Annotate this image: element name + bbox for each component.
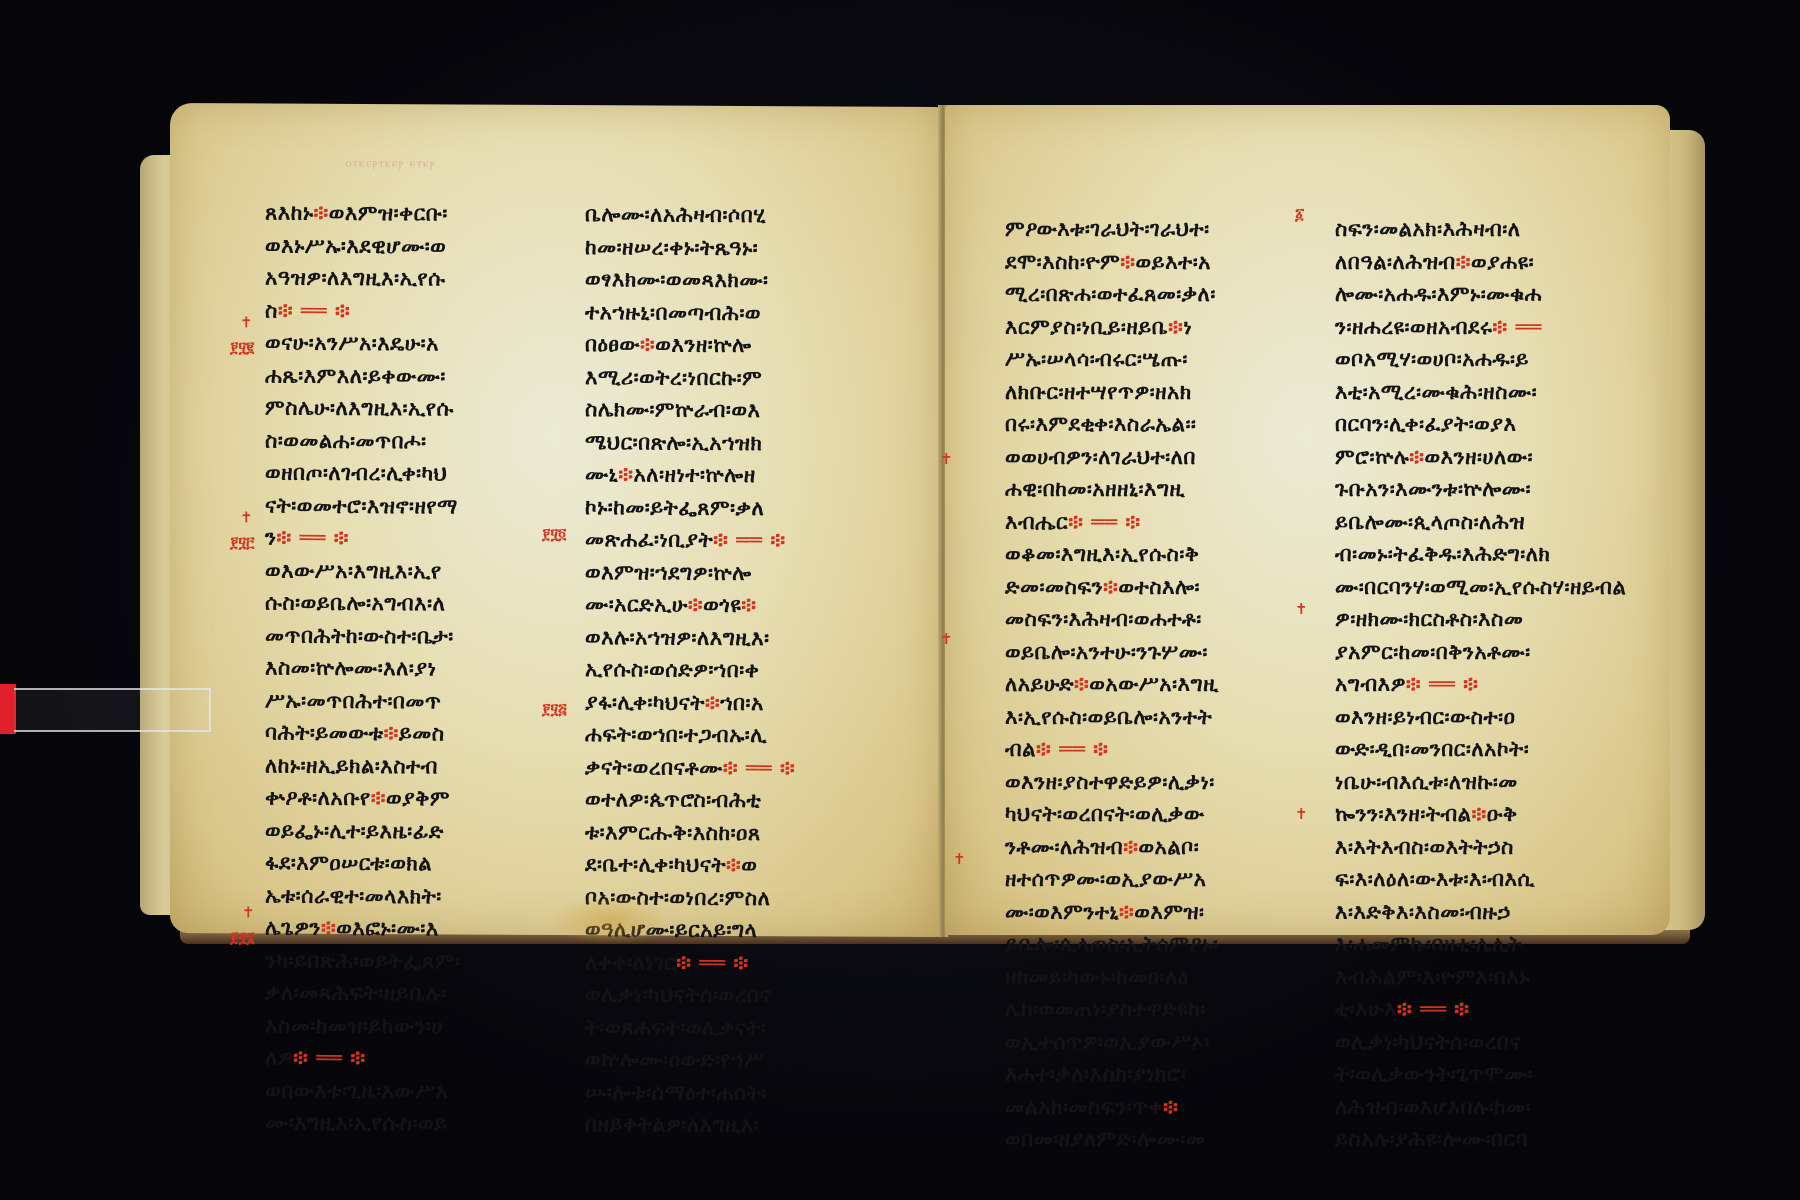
text-line: በዕፀው፨ወእንዘ፡ኵሎ [585,328,795,362]
text-line: ጉቡአን፡እሙንቱ፡ኵሎሙ፡ [1335,473,1626,506]
text-line: ስፍን፡መልአክ፡እሕዛብ፡ለ [1335,213,1626,246]
left-page-column-1: ጸእከኑ፨ወእምዝ፡ቀርቡ፡ወእኑሥኡ፡እደዊሆሙ፡ወአዓዝዎ፡ለእግዚእ፡ኢየ… [265,196,460,1140]
text-line: ተአኀዙኒ፡በመጣብሕ፡ወ [585,296,795,330]
text-line: ይቤሎ፡ጲላጦስ፡ኢትሰምዖኑ፡ [1005,928,1219,961]
text-line: ካህናት፡ወረበናት፡ወሊቃው [1005,798,1219,831]
section-number: ፻፶፫ [230,533,254,551]
text-line: ወእንዘ፡ይነብር፡ውስተ፡ዐ [1335,701,1626,734]
text-line: ዎ፡ዘክሙ፡ክርስቶስ፡እስመ [1335,603,1626,636]
text-line: ን፨ ══ ፨ [265,521,460,555]
text-line: እ፡ሐመምኩ፡በዘቲ፡ሌሊት [1335,928,1626,961]
text-line: ወኢተሰጥዎ፡ወኢያውሥኦ፡ [1005,1026,1219,1059]
text-line: ለአይሁድ፨ወአውሥአ፡እግዚ [1005,668,1219,701]
text-line: እስመ፡ከመዝ፡ይከውን፡ሀ [265,1009,460,1043]
text-line: መጥበሕትከ፡ውስተ፡ቤታ፡ [265,619,460,653]
text-line: ወሊቃነ፡ካህናትሰ፡ወረበና [1335,1026,1626,1059]
left-page-column-2: ቤሎሙ፡ለአሕዛብ፡ሶበሂከመ፡ዘሠረ፡ቀኑ፡ትጼዓኑ፡ወፃእክሙ፡ወመጻእክሙ… [585,198,795,1142]
text-line: ወተለዎ፡ጴጥሮስ፡ብሕቲ [585,783,795,817]
cross-mark-icon: ✝ [240,313,253,331]
text-line: ቤሎሙ፡ለአሕዛብ፡ሶበሂ [585,198,795,232]
text-line: አዓዝዎ፡ለእግዚእ፡ኢየሱ [265,261,460,295]
text-line: ብ፡መኑ፡ትፈቅዱ፡እሕድግ፡ለክ [1335,538,1626,571]
text-line: ወበውእቱ፡ጊዜ፡እውሥአ [265,1074,460,1108]
text-line: ምዖውእቱ፡ገራህት፡ገራህተ፡ [1005,213,1219,246]
text-line: በርባን፡ሊቀ፡ፈያት፡ወያእ [1335,408,1626,441]
text-line: ወእውሥአ፡እግዚእ፡ኢየ [265,554,460,588]
text-line: ስ፨ ══ ፨ [265,294,460,328]
text-line: ንካ፡ይበጽሕ፡ወይትፌጸም፡ [265,944,460,978]
text-line: እ፡ኢየሱስ፡ወይቤሎ፡አንተት [1005,701,1219,734]
text-line: እቲ፡አሚረ፡ሙቁሕ፡ዘስሙ፡ [1335,376,1626,409]
cross-mark-icon: ✝ [240,508,253,526]
text-line: ስሌክሙ፡ምኵራብ፡ወእ [585,393,795,427]
text-line: ወሊቃነ፡ካህናትሰ፡ወረበና [585,978,795,1012]
text-line: ዘከመይ፡ካውኑ፡ከመዐ፡ለዕ [1005,961,1219,994]
cross-mark-icon: ✝ [940,630,953,648]
text-line: ቲ፡እሁእ፨ ══ ፨ [1335,993,1626,1026]
text-line: ሐጼ፡እምእለ፡ይቀውሙ፡ [265,359,460,393]
text-line: ጸእከኑ፨ወእምዝ፡ቀርቡ፡ [265,196,460,230]
section-number: ፻፶፪ [230,338,254,356]
text-line: ወኵሎሙ፡ዐውድ፡የኀሥ [585,1043,795,1077]
cross-mark-icon: ✝ [1295,600,1308,618]
text-line: መጽሐፈ፡ነቢያት፨ ══ ፨ [585,523,795,557]
text-line: ወእኑሥኡ፡እደዊሆሙ፡ወ [265,229,460,263]
text-line: እሚሪ፡ወትረ፡ነበርኩ፡ም [585,361,795,395]
text-line: ቃናት፡ወረበናቶሙ፨ ══ ፨ [585,751,795,785]
text-line: ት፡ወሊቃውንት፡ጌጥሞሙ፡ [1335,1058,1626,1091]
text-line: ወይፌኑ፡ሊተ፡ይእዜ፡ፊድ [265,814,460,848]
text-line: እሐተ፡ቃለ፡እስከ፡ያነክሮ፡ [1005,1058,1219,1091]
text-line: እርምያስ፡ነቢይ፡ዘይቤ፨ነ [1005,311,1219,344]
text-line: ወእምዝ፡ኀደግዎ፡ኵሎ [585,556,795,590]
text-line: ሙ፡ወእምንተኒ፨ወእምዝ፡ [1005,896,1219,929]
section-number: ፻፶፬ [542,525,566,543]
text-line: ት፡ወጸሐፍት፡ወሊቃናት፡ [585,1011,795,1045]
open-manuscript: ⲟⲧⲕⲉⲣⲧⲕⲉⲣ ⲉⲧⲕⲣ ጸእከኑ፨ወእምዝ፡ቀርቡ፡ወእኑሥኡ፡እደዊሆሙ… [140,95,1700,995]
text-line: እስመ፡ኵሎሙ፡እለ፡ያነ [265,651,460,685]
text-line: ምሮ፡ኵሉ፨ወእንዘ፡ሀለው፡ [1335,441,1626,474]
text-line: ድመ፡መስፍን፨ወተስእሎ፡ [1005,571,1219,604]
text-line: ሙ፡አርድኢሁ፨ወጎዩ፨ [585,588,795,622]
text-line: ስ፡ወመልሐ፡መጥበሖ፡ [265,424,460,458]
text-line: ያአምር፡ከመ፡በቅንአቶሙ፡ [1335,636,1626,669]
text-line: ወይቤሎ፡አንተሁ፡ንጉሦሙ፡ [1005,636,1219,669]
running-head: ⲟⲧⲕⲉⲣⲧⲕⲉⲣ ⲉⲧⲕⲣ [345,156,436,171]
text-line: መስፍን፡እሕዛብ፡ወሐተቶ፡ [1005,603,1219,636]
text-line: ኢየሱስ፡ወሰድዎ፡ኀበ፡ቀ [585,653,795,687]
text-line: ቱ፡እምርሑቅ፡እስከ፡ዐጸ [585,816,795,850]
water-stain [550,895,670,946]
cross-mark-icon: ✝ [242,903,255,921]
text-line: ሌጌዎን፨ወእፎኑ፡ሙ፡እ [265,911,460,945]
right-page-column-2: ስፍን፡መልአክ፡እሕዛብ፡ለለበዓል፡ለሕዝብ፨ወያሐዩ፡ሎሙ፡አሐዱ፡እምኑ… [1335,213,1626,1156]
right-page: ምዖውእቱ፡ገራህት፡ገራህተ፡ደሞ፡እስከ፡ዮም፨ወይእተ፡አሚረ፡በጽሐ፡ወ… [945,105,1670,935]
text-line: ወናሁ፡አንሥአ፡እዴሁ፡አ [265,326,460,360]
text-line: ወዘበጦ፡ለገብረ፡ሊቀ፡ካህ [265,456,460,490]
text-line: ሌከ፡ወመጠነ፡ያስተዋድዩከ፡ [1005,993,1219,1026]
text-line: ደ፡ቤተ፡ሊቀ፡ካህናት፨ወ [585,848,795,882]
text-line: ቍዖቶ፡ለአቡየ፨ወያቅም [265,781,460,815]
text-line: ሐፍት፡ወኀበ፡ተጋብኡ፡ሊ [585,718,795,752]
text-line: ሱስ፡ወይቤሎ፡አግብእ፡ለ [265,586,460,620]
bookmark [0,688,210,730]
section-number: ፻፶፭ [542,700,567,718]
text-line: ሎሙ፡አሐዱ፡እምኑ፡ሙቁሐ [1335,278,1626,311]
text-line: ፋደ፡እምዐሠርቱ፡ወክል [265,846,460,880]
text-line: ውድ፡ዲበ፡መንበር፡ለአኮት፡ [1335,733,1626,766]
text-line: በሩ፡እምደቂቀ፡እስራኤል፡፡ [1005,408,1219,441]
text-line: ኮኑ፡ከመ፡ይትፌጸም፡ቃለ [585,491,795,525]
text-line: ሐዊ፡በከመ፡አዘዘኒ፡እግዚ [1005,473,1219,506]
text-line: ሥኡ፡መጥበሕተ፡በመጥ [265,684,460,718]
text-line: ወእሉ፡አኀዝዎ፡ለእግዚእ፡ [585,621,795,655]
text-line: ምስሌሁ፡ለእግዚእ፡ኢየሱ [265,391,460,425]
text-line: ለበዓል፡ለሕዝብ፨ወያሐዩ፡ [1335,246,1626,279]
text-line: ሡ፡ሎቱ፡ሰማዕተ፡ሐሰት፡ [585,1076,795,1110]
text-line: ወወሀብዎን፡ለገራህተ፡ለበ [1005,441,1219,474]
clear-acrylic-strip [14,688,211,732]
text-line: እብሕልም፡እ፡ዮምእ፡በእኑ [1335,961,1626,994]
text-line: ሙኒ፨አለ፡ዘነተ፡ኵሎዘ [585,458,795,492]
text-line: ነቤሁ፡ብእሲቱ፡ለዝኩ፡መ [1335,766,1626,799]
section-number: ፩ [1295,205,1304,223]
text-line: ያፋ፡ሊቀ፡ካህናት፨ኀበ፡አ [585,686,795,720]
text-line: ዘተሰጥዎሙ፡ወኢያውሥአ [1005,863,1219,896]
text-line: ወቦአሚሃ፡ወሀቦ፡አሐዱ፡ይ [1335,343,1626,376]
text-line: አግብእዎ፨ ══ ፨ [1335,668,1626,701]
left-page: ⲟⲧⲕⲉⲣⲧⲕⲉⲣ ⲉⲧⲕⲣ ጸእከኑ፨ወእምዝ፡ቀርቡ፡ወእኑሥኡ፡እደዊሆሙ… [170,103,940,937]
text-line: ይስአሉ፡ያሕዩ፡ሎሙ፡በርባ [1335,1123,1626,1156]
text-line: እብሔር፨ ══ ፨ [1005,506,1219,539]
text-line: ሙ፡እግዚእ፡ኢየሱስ፡ወይ [265,1106,460,1140]
text-line: ቃለ፡መጻሕፍት፡ዘይቤሉ፡ [265,976,460,1010]
section-number: ፻፶፮ [230,928,255,946]
text-line: መልአክ፡መስፍን፡ጥቀ፨ [1005,1091,1219,1124]
text-line: ለክቡር፡ዘተሣየጥዎ፡ዘአክ [1005,376,1219,409]
text-line: ንቶሙ፡ለሕዝብ፨ወአልቦ፡ [1005,831,1219,864]
text-line: ፍ፡እ፡ለዕለ፡ውእቱ፡እ፡ብእሲ [1335,863,1626,896]
text-line: ወበመ፡ዘያለምድ፡ሎሙ፡መ [1005,1123,1219,1156]
cross-mark-icon: ✝ [940,450,953,468]
text-line: ብል፨ ══ ፨ [1005,733,1219,766]
text-line: ለከኑ፡ዘኢይክል፡እስተብ [265,749,460,783]
right-page-column-1: ምዖውእቱ፡ገራህት፡ገራህተ፡ደሞ፡እስከ፡ዮም፨ወይእተ፡አሚረ፡በጽሐ፡ወ… [1005,213,1219,1156]
text-line: ኤቱ፡ሰራዊተ፡መላእክት፡ [265,879,460,913]
text-line: ወፃእክሙ፡ወመጻእክሙ፡ [585,263,795,297]
text-line: ይቤሎሙ፡ጲላጦስ፡ለሕዝ [1335,506,1626,539]
text-line: እ፡እትእብስ፡ወእትትኃስ [1335,831,1626,864]
text-line: ሚረ፡በጽሐ፡ወተፈጸመ፡ቃለ፡ [1005,278,1219,311]
text-line: ደሞ፡እስከ፡ዮም፨ወይእተ፡አ [1005,246,1219,279]
text-line: ለሕዝብ፡ወእሆእበሉ፡ከመ፡ [1335,1091,1626,1124]
text-line: ሜህር፡በጽሎ፡ኢአኀዝክ [585,426,795,460]
text-line: ናት፡ወመተሮ፡እዝኖ፡ዘየማ [265,489,460,523]
cross-mark-icon: ✝ [1295,805,1308,823]
text-line: ወእንዘ፡ያስተዋድይዎ፡ሊቃነ፡ [1005,766,1219,799]
text-line: እ፡እድቅእ፡እስመ፡ብዙኃ [1335,896,1626,929]
text-line: ወቆመ፡እግዚእ፡ኢየሱስ፡ቅ [1005,538,1219,571]
text-line: ሥኡ፡ሠላሳ፡ብሩር፡ሤጡ፡ [1005,343,1219,376]
text-line: ከመ፡ዘሠረ፡ቀኑ፡ትጼዓኑ፡ [585,231,795,265]
text-line: ሙ፡በርባንሃ፡ወሚመ፡ኢየሱስሃ፡ዘይብል [1335,571,1626,604]
text-line: ለቀቀ፡ለነገር፨ ══ ፨ [585,946,795,980]
text-line: በዘይቀትልዎ፡ለእግዚእ፡ [585,1108,795,1142]
text-line: ለዎ፨ ══ ፨ [265,1041,460,1075]
text-line: ን፡ዘሐረዩ፡ወዘአብደሩ፨ ══ [1335,311,1626,344]
cross-mark-icon: ✝ [953,850,966,868]
text-line: ባሕት፡ይመውቱ፨ይመስ [265,716,460,750]
text-line: ኰንን፡እንዘ፡ትብል፨ዑቅ [1335,798,1626,831]
